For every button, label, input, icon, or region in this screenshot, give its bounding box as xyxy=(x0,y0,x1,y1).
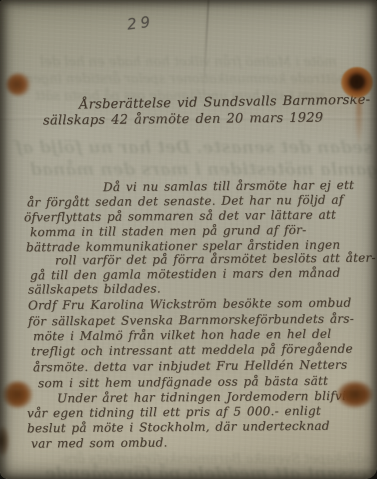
bleedthrough-line: trefligt och intressant att meddela på f… xyxy=(45,464,377,479)
vertical-crease xyxy=(203,0,210,95)
handwriting-line: beslut på möte i Stockholm, där undertec… xyxy=(27,419,330,436)
handwriting-line: gå till den gamla mötestiden i mars den … xyxy=(30,266,341,283)
handwriting-line: sällskapets bildades. xyxy=(28,281,161,296)
handwriting-line: komma in till staden men på grund af för… xyxy=(30,223,307,239)
handwriting-line: möte i Malmö från vilket hon hade en hel… xyxy=(33,327,331,344)
title-line-2: sällskaps 42 årsmöte den 20 mars 1929 xyxy=(43,112,323,129)
handwriting-line: trefligt och intressant att meddela på f… xyxy=(31,342,353,359)
title-line-1: Årsberättelse vid Sundsvalls Barnmorske- xyxy=(79,93,370,112)
page-number: 29 xyxy=(126,12,155,33)
bleedthrough-line: bättrade kommunikationer spelar årstiden… xyxy=(25,72,347,87)
bleedthrough-line: år förgått sedan det senaste. Det har nu… xyxy=(15,138,377,158)
bleedthrough-line: för sällskapet Svenska Barnmorskeförbund… xyxy=(60,452,377,467)
bleedthrough-line: gå till den gamla mötestiden i mars den … xyxy=(30,160,377,180)
edge-stain-left xyxy=(0,426,9,456)
handwriting-line: Under året har tidningen Jordemodern bli… xyxy=(57,389,351,406)
handwriting-line: öfverflyttats på sommaren så det var lät… xyxy=(24,208,336,225)
handwriting-line: för sällskapet Svenska Barnmorskeförbund… xyxy=(28,312,354,329)
manuscript-page: möte i Malmö från vilket hon hade en hel… xyxy=(0,0,377,479)
ink-stain-top-left xyxy=(6,73,31,96)
bleedthrough-line: möte i Malmö från vilket hon hade en hel… xyxy=(40,55,337,70)
handwriting-line: som i sitt hem undfägnade oss på bästa s… xyxy=(38,374,328,391)
handwriting-line: vår egen tidning till ett pris af 5 000.… xyxy=(27,404,321,421)
ink-stain-bottom-left xyxy=(2,381,33,408)
handwriting-line: årsmöte. detta var inbjudet Fru Helldén … xyxy=(33,358,347,375)
handwriting-line: år förgått sedan det senaste. Det har nu… xyxy=(27,193,344,210)
handwriting-line: Ordf Fru Karolina Wickström besökte som … xyxy=(28,296,351,313)
handwriting-line: var med som ombud. xyxy=(31,435,168,450)
handwriting-line: Då vi nu samlas till årsmöte har ej ett xyxy=(103,178,354,194)
